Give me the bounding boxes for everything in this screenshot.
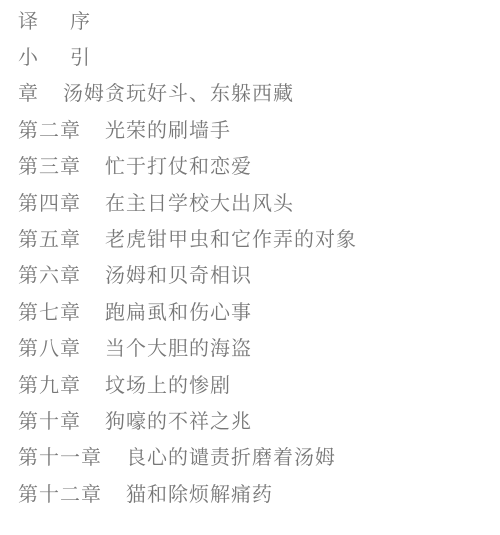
entry-title: 光荣的刷墙手: [105, 114, 231, 143]
toc-entry: 第五章 老虎钳甲虫和它作弄的对象: [18, 219, 490, 255]
entry-title: 老虎钳甲虫和它作弄的对象: [105, 223, 357, 252]
toc-entry: 第四章 在主日学校大出风头: [18, 183, 490, 219]
entry-prefix: 第十二章: [18, 478, 102, 507]
toc-entry: 第八章 当个大胆的海盗: [18, 329, 490, 365]
toc-entry: 小 引: [18, 37, 490, 73]
entry-prefix: 小: [18, 41, 39, 70]
entry-title: 跑扁虱和伤心事: [105, 296, 252, 325]
toc-entry: 第十一章 良心的谴责折磨着汤姆: [18, 438, 490, 474]
entry-prefix: 第八章: [18, 332, 81, 361]
entry-title: 引: [70, 41, 91, 70]
entry-prefix: 第三章: [18, 150, 81, 179]
entry-prefix: 第四章: [18, 187, 81, 216]
entry-prefix: 第六章: [18, 259, 81, 288]
entry-title: 当个大胆的海盗: [105, 332, 252, 361]
toc-entry: 第十二章 猫和除烦解痛药: [18, 474, 490, 510]
entry-title: 在主日学校大出风头: [105, 187, 294, 216]
entry-title: 猫和除烦解痛药: [126, 478, 273, 507]
toc-entry: 章 汤姆贪玩好斗、东躲西藏: [18, 74, 490, 110]
entry-title: 狗嚎的不祥之兆: [105, 405, 252, 434]
entry-prefix: 第七章: [18, 296, 81, 325]
entry-prefix: 章: [18, 77, 39, 106]
toc-entry: 第九章 坟场上的惨剧: [18, 365, 490, 401]
toc-entry: 第十章 狗嚎的不祥之兆: [18, 401, 490, 437]
entry-title: 忙于打仗和恋爱: [105, 150, 252, 179]
toc-entry: 第三章 忙于打仗和恋爱: [18, 147, 490, 183]
entry-title: 汤姆和贝奇相识: [105, 259, 252, 288]
entry-title: 汤姆贪玩好斗、东躲西藏: [63, 77, 294, 106]
toc-entry: 译 序: [18, 1, 490, 37]
entry-prefix: 译: [18, 5, 39, 34]
entry-prefix: 第五章: [18, 223, 81, 252]
toc-entry: 第六章 汤姆和贝奇相识: [18, 256, 490, 292]
entry-title: 良心的谴责折磨着汤姆: [126, 441, 336, 470]
entry-prefix: 第十章: [18, 405, 81, 434]
toc-page: 译 序 小 引 章 汤姆贪玩好斗、东躲西藏 第二章 光荣的刷墙手 第三章 忙于打…: [0, 0, 500, 535]
entry-prefix: 第九章: [18, 369, 81, 398]
entry-prefix: 第十一章: [18, 441, 102, 470]
entry-title: 序: [70, 5, 91, 34]
entry-title: 坟场上的惨剧: [105, 369, 231, 398]
entry-prefix: 第二章: [18, 114, 81, 143]
toc-entry: 第二章 光荣的刷墙手: [18, 110, 490, 146]
toc-entry: 第七章 跑扁虱和伤心事: [18, 292, 490, 328]
